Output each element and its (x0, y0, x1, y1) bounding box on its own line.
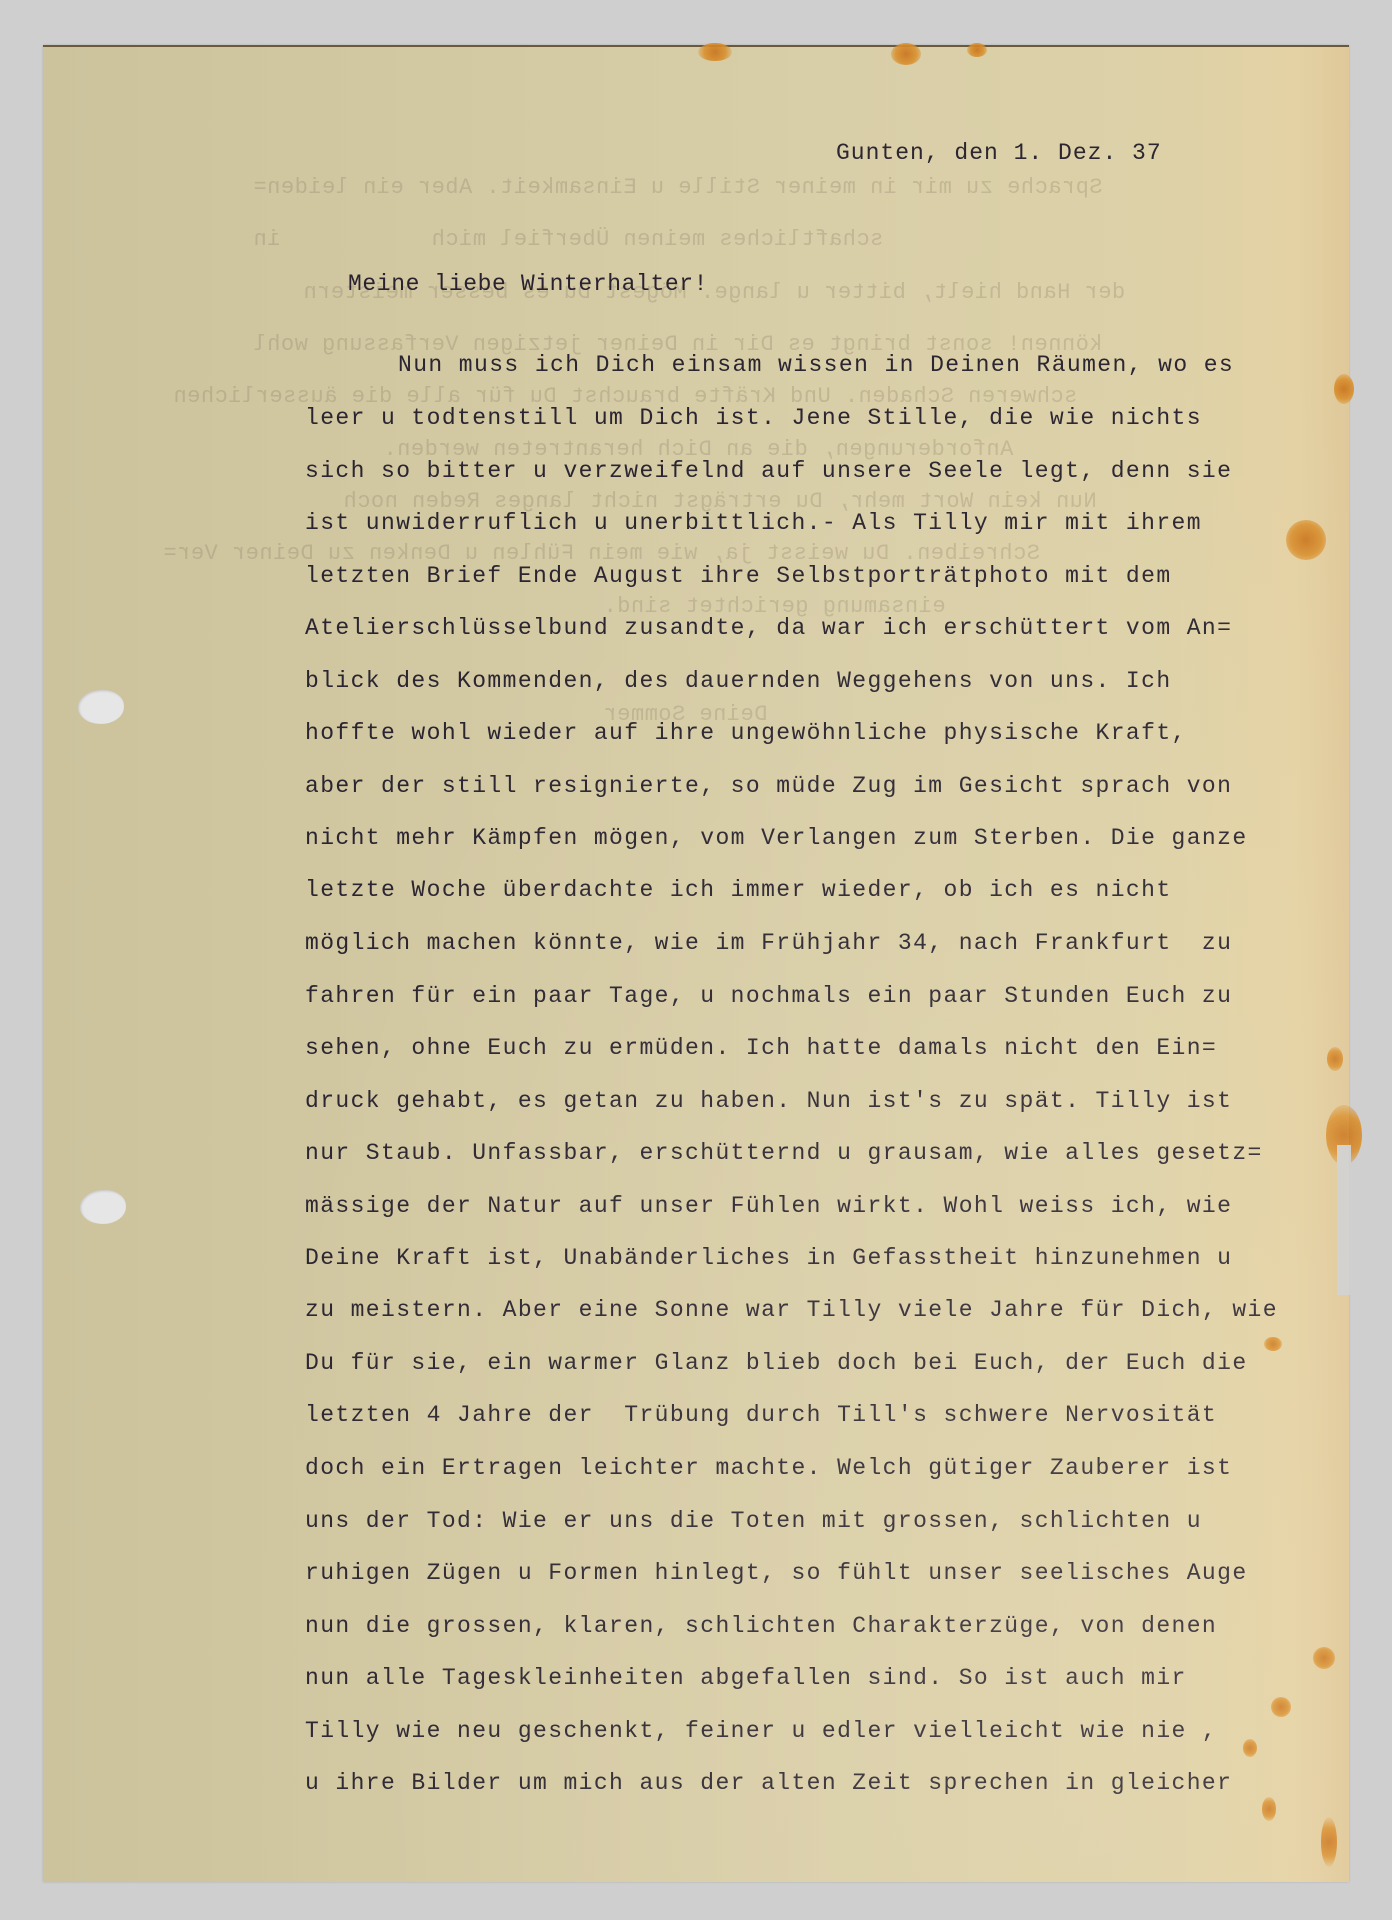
body-line: zu meistern. Aber eine Sonne war Tilly v… (305, 1297, 1278, 1323)
body-line: nun alle Tageskleinheiten abgefallen sin… (305, 1665, 1187, 1691)
body-line: möglich machen könnte, wie im Frühjahr 3… (305, 930, 1232, 956)
letter-text: Gunten, den 1. Dez. 37 Meine liebe Winte… (43, 47, 1349, 1882)
body-line: druck gehabt, es getan zu haben. Nun ist… (305, 1088, 1232, 1114)
body-line: hoffte wohl wieder auf ihre ungewöhnlich… (305, 720, 1187, 746)
body-line: Du für sie, ein warmer Glanz blieb doch … (305, 1350, 1248, 1376)
body-line: mässige der Natur auf unser Fühlen wirkt… (305, 1193, 1232, 1219)
body-line: sich so bitter u verzweifelnd auf unsere… (305, 458, 1232, 484)
body-line: doch ein Ertragen leichter machte. Welch… (305, 1455, 1232, 1481)
salutation: Meine liebe Winterhalter! (348, 271, 708, 297)
body-line: blick des Kommenden, des dauernden Wegge… (305, 668, 1172, 694)
body-line: Tilly wie neu geschenkt, feiner u edler … (305, 1718, 1217, 1744)
body-line: ruhigen Zügen u Formen hinlegt, so fühlt… (305, 1560, 1248, 1586)
body-line: aber der still resignierte, so müde Zug … (305, 773, 1232, 799)
body-line: letzten 4 Jahre der Trübung durch Till's… (305, 1402, 1217, 1428)
body-line: sehen, ohne Euch zu ermüden. Ich hatte d… (305, 1035, 1217, 1061)
body-line: fahren für ein paar Tage, u nochmals ein… (305, 983, 1232, 1009)
body-line: u ihre Bilder um mich aus der alten Zeit… (305, 1770, 1232, 1796)
letter-page: Sprache zu mir in meiner Stille u Einsam… (43, 45, 1349, 1882)
body-line: letzte Woche überdachte ich immer wieder… (305, 877, 1172, 903)
body-line: Nun muss ich Dich einsam wissen in Deine… (398, 352, 1234, 378)
date-line: Gunten, den 1. Dez. 37 (836, 140, 1162, 166)
body-line: nicht mehr Kämpfen mögen, vom Verlangen … (305, 825, 1248, 851)
body-line: letzten Brief Ende August ihre Selbstpor… (305, 563, 1172, 589)
body-line: Atelierschlüsselbund zusandte, da war ic… (305, 615, 1232, 641)
body-line: leer u todtenstill um Dich ist. Jene Sti… (305, 405, 1202, 431)
body-line: ist unwiderruflich u unerbittlich.- Als … (305, 510, 1202, 536)
body-line: nur Staub. Unfassbar, erschütternd u gra… (305, 1140, 1263, 1166)
body-line: uns der Tod: Wie er uns die Toten mit gr… (305, 1508, 1202, 1534)
body-line: Deine Kraft ist, Unabänderliches in Gefa… (305, 1245, 1232, 1271)
body-line: nun die grossen, klaren, schlichten Char… (305, 1613, 1217, 1639)
